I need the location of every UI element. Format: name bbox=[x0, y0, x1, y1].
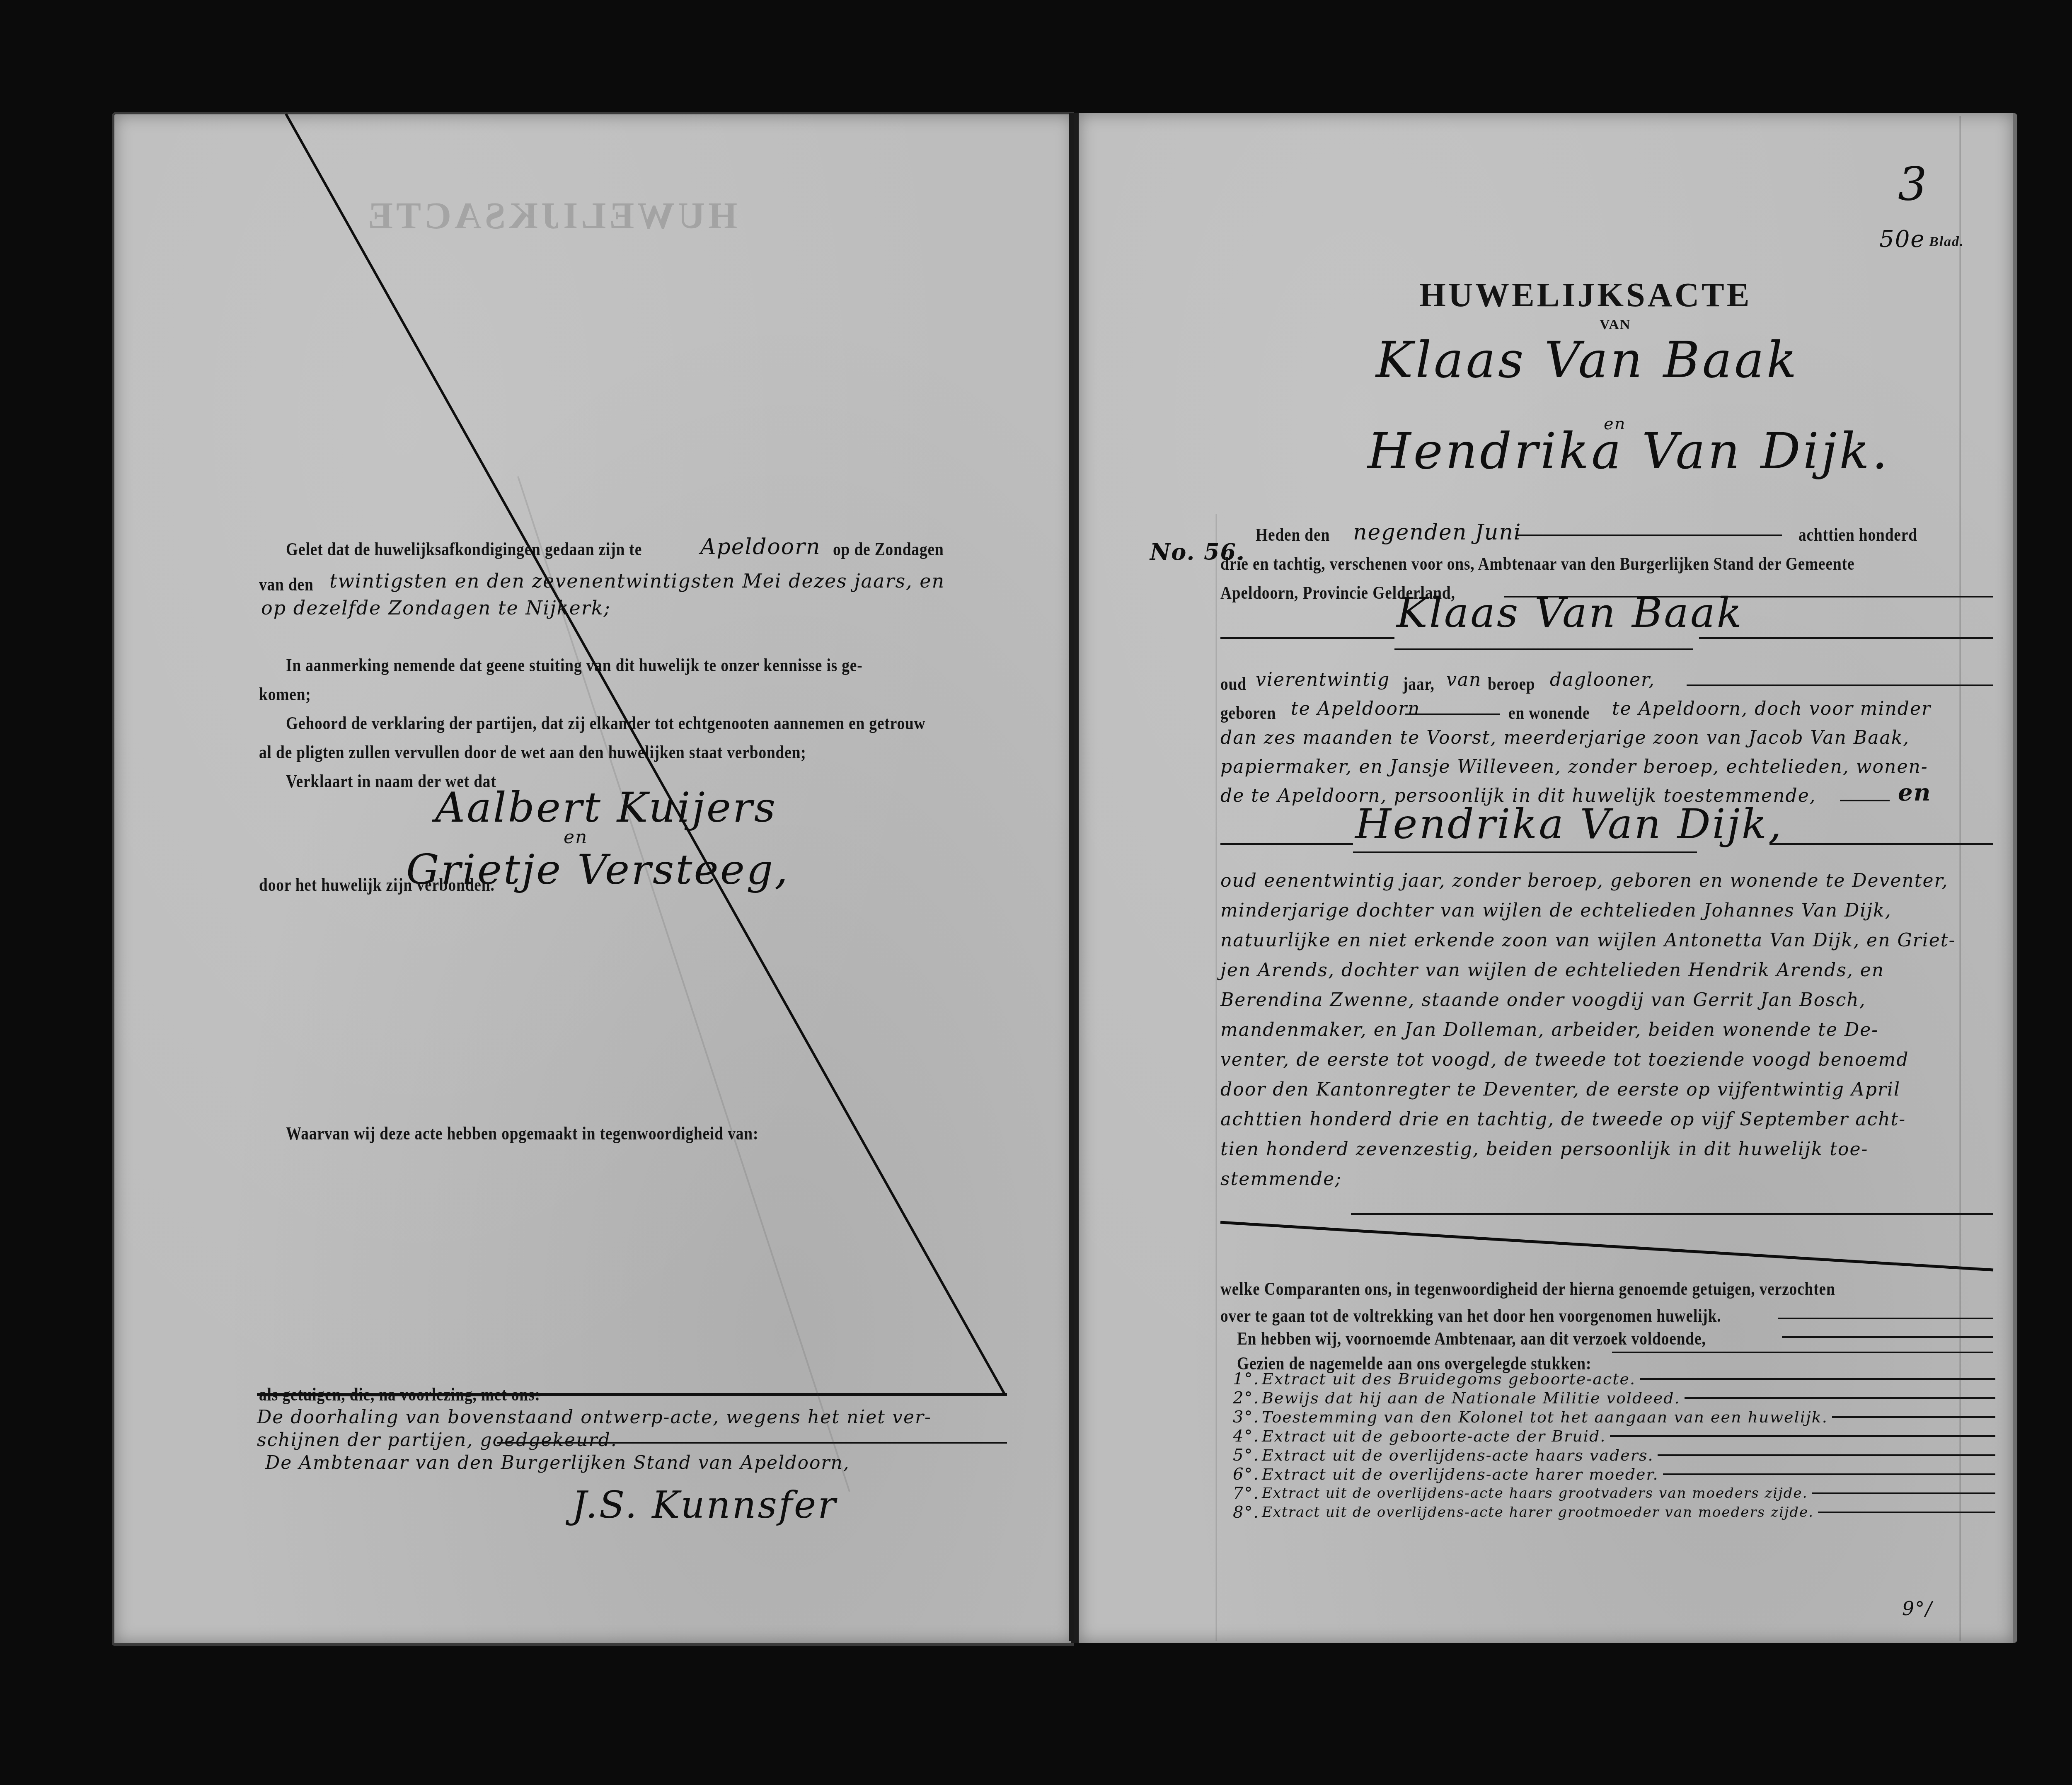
welke-rule bbox=[1778, 1318, 1993, 1319]
groom-en-mark: en bbox=[1898, 779, 1931, 806]
document-number: 5°. bbox=[1233, 1446, 1262, 1465]
groom-rule-right bbox=[1699, 637, 1993, 639]
groom-name: Klaas Van Baak bbox=[1397, 588, 1743, 637]
achttien-honderd: achttien honderd bbox=[1798, 524, 1917, 545]
groom-line-4: papiermaker, en Jansje Willeveen, zonder… bbox=[1220, 756, 1928, 777]
en-hebben-rule bbox=[1782, 1336, 1993, 1338]
annotation-rule bbox=[497, 1442, 1007, 1444]
document-rule bbox=[1812, 1492, 1995, 1494]
publication-printed-2: op de Zondagen bbox=[833, 539, 944, 560]
document-item: 8°. Extract uit de overlijdens-acte hare… bbox=[1233, 1503, 1995, 1522]
aanmerking-line-2: komen; bbox=[259, 684, 311, 705]
waarvan-line: Waarvan wij deze acte hebben opgemaakt i… bbox=[286, 1123, 758, 1144]
document-item: 5°. Extract uit de overlijdens-acte haar… bbox=[1233, 1446, 1995, 1465]
bride-rule-left bbox=[1220, 843, 1353, 845]
groom-jaar: jaar, bbox=[1403, 673, 1435, 694]
bride-detail-line: natuurlijke en niet erkende zoon van wij… bbox=[1220, 930, 1995, 960]
bride-underline bbox=[1353, 851, 1697, 853]
bride-detail-line: tien honderd zevenzestig, beiden persoon… bbox=[1220, 1139, 1995, 1168]
groom-line-3: dan zes maanden te Voorst, meerderjarige… bbox=[1220, 727, 1910, 748]
blad-label: Blad. bbox=[1929, 234, 1964, 250]
bride-details-end-rule bbox=[1351, 1213, 1993, 1215]
groom-beroep: beroep bbox=[1488, 673, 1535, 694]
document-item: 3°. Toestemming van den Kolonel tot het … bbox=[1233, 1408, 1995, 1427]
document-text: Extract uit de overlijdens-acte haars gr… bbox=[1262, 1485, 1808, 1502]
groom-line5-rule bbox=[1840, 800, 1890, 801]
publication-printed-3: van den bbox=[259, 574, 314, 595]
welke-line-1: welke Comparanten ons, in tegenwoordighe… bbox=[1220, 1278, 1835, 1299]
document-item: 6°. Extract uit de overlijdens-acte hare… bbox=[1233, 1465, 1995, 1484]
bride-name: Hendrika Van Dijk, bbox=[1355, 800, 1783, 848]
blad-number: 50e bbox=[1879, 226, 1925, 253]
document-rule bbox=[1832, 1416, 1995, 1418]
document-text: Toestemming van den Kolonel tot het aang… bbox=[1262, 1408, 1828, 1426]
document-text: Extract uit de overlijdens-acte haars va… bbox=[1262, 1446, 1653, 1464]
publication-printed-1: Gelet dat de huwelijksafkondigingen geda… bbox=[286, 539, 642, 560]
opening-line-2: drie en tachtig, verschenen voor ons, Am… bbox=[1220, 553, 1854, 574]
groom-rule-left bbox=[1220, 637, 1394, 639]
document-number: 3°. bbox=[1233, 1408, 1262, 1427]
groom-van: van bbox=[1446, 669, 1481, 690]
document-item: 2°. Bewijs dat hij aan de Nationale Mili… bbox=[1233, 1388, 1995, 1408]
document-item: 1°. Extract uit des Bruidegoms geboorte-… bbox=[1233, 1369, 1995, 1388]
bleed-through-title: HUWELIJKSACTE bbox=[365, 195, 737, 237]
en-hebben-line: En hebben wij, voornoemde Ambtenaar, aan… bbox=[1237, 1328, 1706, 1349]
annotation-line-1: De doorhaling van bovenstaand ontwerp-ac… bbox=[257, 1407, 932, 1428]
bride-rule-right bbox=[1769, 843, 1993, 845]
groom-residence: te Apeldoorn, doch voor minder bbox=[1612, 698, 1931, 719]
act-title: HUWELIJKSACTE bbox=[1419, 276, 1752, 314]
groom-underline bbox=[1394, 648, 1693, 650]
bride-detail-line: venter, de eerste tot voogd, de tweede t… bbox=[1220, 1049, 1995, 1079]
groom-birthplace: te Apeldoorn bbox=[1291, 698, 1420, 719]
left-groom-name: Aalbert Kuijers bbox=[435, 783, 777, 832]
publication-place: Apeldoorn bbox=[700, 535, 821, 559]
groom-age: vierentwintig bbox=[1256, 669, 1390, 690]
groom-geboren: geboren bbox=[1220, 702, 1276, 723]
left-connector-en: en bbox=[564, 827, 588, 848]
heden-den: Heden den bbox=[1256, 524, 1330, 545]
groom-oud: oud bbox=[1220, 673, 1247, 694]
aanmerking-line-1: In aanmerking nemende dat geene stuiting… bbox=[286, 655, 863, 676]
document-text: Extract uit de overlijdens-acte harer gr… bbox=[1262, 1504, 1814, 1521]
als-getuigen-rule bbox=[257, 1393, 1007, 1396]
bride-details: oud eenentwintig jaar, zonder beroep, ge… bbox=[1220, 870, 1995, 1198]
bride-detail-line: minderjarige dochter van wijlen de echte… bbox=[1220, 900, 1995, 930]
document-number: 1°. bbox=[1233, 1369, 1262, 1388]
bride-detail-line: oud eenentwintig jaar, zonder beroep, ge… bbox=[1220, 870, 1995, 900]
act-title-van: VAN bbox=[1600, 317, 1631, 333]
gehoord-line-1: Gehoord de verklaring der partijen, dat … bbox=[286, 713, 925, 734]
bride-detail-line: Berendina Zwenne, staande onder voogdij … bbox=[1220, 989, 1995, 1019]
document-rule bbox=[1658, 1454, 1995, 1456]
publication-line3: op dezelfde Zondagen te Nijkerk; bbox=[261, 597, 611, 619]
bride-detail-line: stemmende; bbox=[1220, 1168, 1995, 1198]
document-item: 4°. Extract uit de geboorte-acte der Bru… bbox=[1233, 1427, 1995, 1446]
groom-occupation: daglooner, bbox=[1550, 669, 1655, 690]
document-rule bbox=[1663, 1473, 1995, 1475]
annotation-line-3: De Ambtenaar van den Burgerlijken Stand … bbox=[265, 1452, 850, 1473]
bride-detail-line: achttien honderd drie en tachtig, de twe… bbox=[1220, 1109, 1995, 1139]
birthplace-rule bbox=[1405, 714, 1500, 715]
document-number: 7°. bbox=[1233, 1484, 1262, 1503]
document-item: 7°. Extract uit de overlijdens-acte haar… bbox=[1233, 1484, 1995, 1503]
documents-list: 1°. Extract uit des Bruidegoms geboorte-… bbox=[1233, 1369, 1995, 1522]
door-het-huwelijk: door het huwelijk zijn verbonden. bbox=[259, 874, 495, 895]
document-rule bbox=[1685, 1397, 1995, 1399]
title-bride-name: Hendrika Van Dijk. bbox=[1368, 423, 1890, 480]
bride-detail-line: jen Arends, dochter van wijlen de echtel… bbox=[1220, 960, 1995, 989]
gehoord-line-2: al de pligten zullen vervullen door de w… bbox=[259, 742, 806, 763]
bride-detail-line: door den Kantonregter te Deventer, de ee… bbox=[1220, 1079, 1995, 1109]
document-text: Bewijs dat hij aan de Nationale Militie … bbox=[1262, 1389, 1680, 1407]
document-number: 8°. bbox=[1233, 1503, 1262, 1522]
registrar-signature: J.S. Kunnsfer bbox=[572, 1483, 837, 1527]
document-text: Extract uit de overlijdens-acte harer mo… bbox=[1262, 1465, 1659, 1483]
document-rule bbox=[1818, 1512, 1995, 1513]
folio-mark: 3 bbox=[1898, 157, 1928, 210]
publication-dates: twintigsten en den zevenentwintigsten Me… bbox=[329, 570, 945, 592]
groom-en-wonende: en wonende bbox=[1508, 702, 1590, 723]
welke-line-2: over te gaan tot de voltrekking van het … bbox=[1220, 1305, 1721, 1326]
document-number: 6°. bbox=[1233, 1465, 1262, 1484]
continuation-mark: 9°/ bbox=[1902, 1597, 1933, 1620]
occupation-rule bbox=[1687, 684, 1993, 686]
gezien-rule bbox=[1612, 1352, 1993, 1353]
document-rule bbox=[1640, 1378, 1995, 1380]
document-number: 2°. bbox=[1233, 1388, 1262, 1408]
document-text: Extract uit des Bruidegoms geboorte-acte… bbox=[1262, 1370, 1636, 1388]
annotation-line-2: schijnen der partijen, goedgekeurd. bbox=[257, 1429, 617, 1451]
day-rule bbox=[1517, 535, 1782, 536]
title-groom-name: Klaas Van Baak bbox=[1376, 331, 1799, 389]
bride-detail-line: mandenmaker, en Jan Dolleman, arbeider, … bbox=[1220, 1019, 1995, 1049]
marriage-day: negenden Juni bbox=[1353, 520, 1521, 545]
document-rule bbox=[1610, 1435, 1995, 1437]
document-number: 4°. bbox=[1233, 1427, 1262, 1446]
document-text: Extract uit de geboorte-acte der Bruid. bbox=[1262, 1427, 1606, 1445]
